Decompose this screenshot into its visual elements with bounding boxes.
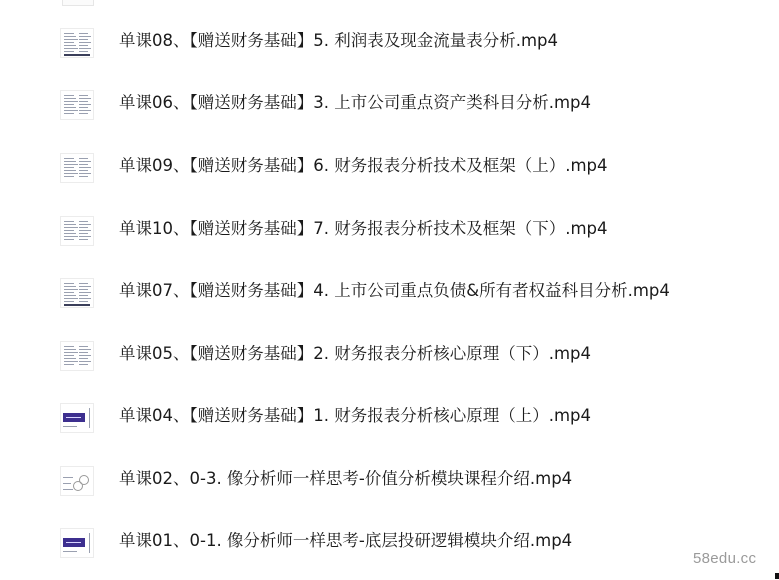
file-item[interactable]: 单课06、【赠送财务基础】3. 上市公司重点资产类科目分析.mp4 <box>0 86 779 138</box>
file-name[interactable]: 单课04、【赠送财务基础】1. 财务报表分析核心原理（上）.mp4 <box>119 405 591 427</box>
file-item[interactable]: 单课04、【赠送财务基础】1. 财务报表分析核心原理（上）.mp4 <box>0 399 779 451</box>
file-item[interactable]: 单课02、0-3. 像分析师一样思考-价值分析模块课程介绍.mp4 <box>0 462 779 514</box>
video-thumbnail-icon <box>60 528 94 558</box>
file-item[interactable]: 单课07、【赠送财务基础】4. 上市公司重点负债&所有者权益科目分析.mp4 <box>0 274 779 326</box>
file-name[interactable]: 单课09、【赠送财务基础】6. 财务报表分析技术及框架（上）.mp4 <box>119 155 608 177</box>
file-name[interactable]: 单课01、0-1. 像分析师一样思考-底层投研逻辑模块介绍.mp4 <box>119 530 572 552</box>
file-name[interactable]: 单课05、【赠送财务基础】2. 财务报表分析核心原理（下）.mp4 <box>119 343 591 365</box>
file-item[interactable]: 单课10、【赠送财务基础】7. 财务报表分析技术及框架（下）.mp4 <box>0 212 779 264</box>
file-name[interactable]: 单课10、【赠送财务基础】7. 财务报表分析技术及框架（下）.mp4 <box>119 218 608 240</box>
corner-mark <box>775 573 779 579</box>
file-item[interactable]: 单课01、0-1. 像分析师一样思考-底层投研逻辑模块介绍.mp4 <box>0 524 779 576</box>
file-item[interactable]: 单课05、【赠送财务基础】2. 财务报表分析核心原理（下）.mp4 <box>0 337 779 389</box>
file-name[interactable]: 单课06、【赠送财务基础】3. 上市公司重点资产类科目分析.mp4 <box>119 92 591 114</box>
file-name[interactable]: 单课02、0-3. 像分析师一样思考-价值分析模块课程介绍.mp4 <box>119 468 572 490</box>
video-thumbnail-icon <box>60 341 94 371</box>
file-item[interactable]: 单课09、【赠送财务基础】6. 财务报表分析技术及框架（上）.mp4 <box>0 149 779 201</box>
file-item[interactable]: 单课08、【赠送财务基础】5. 利润表及现金流量表分析.mp4 <box>0 24 779 76</box>
video-thumbnail-icon <box>60 403 94 433</box>
file-name[interactable]: 单课07、【赠送财务基础】4. 上市公司重点负债&所有者权益科目分析.mp4 <box>119 280 670 302</box>
video-thumbnail-icon <box>60 466 94 496</box>
video-thumbnail-icon <box>60 153 94 183</box>
video-thumbnail-icon <box>60 278 94 308</box>
video-thumbnail-icon <box>60 216 94 246</box>
watermark: 58edu.cc <box>693 550 756 567</box>
video-thumbnail-icon <box>60 28 94 58</box>
file-name[interactable]: 单课08、【赠送财务基础】5. 利润表及现金流量表分析.mp4 <box>119 30 558 52</box>
partial-file-thumbnail <box>62 0 94 6</box>
video-thumbnail-icon <box>60 90 94 120</box>
